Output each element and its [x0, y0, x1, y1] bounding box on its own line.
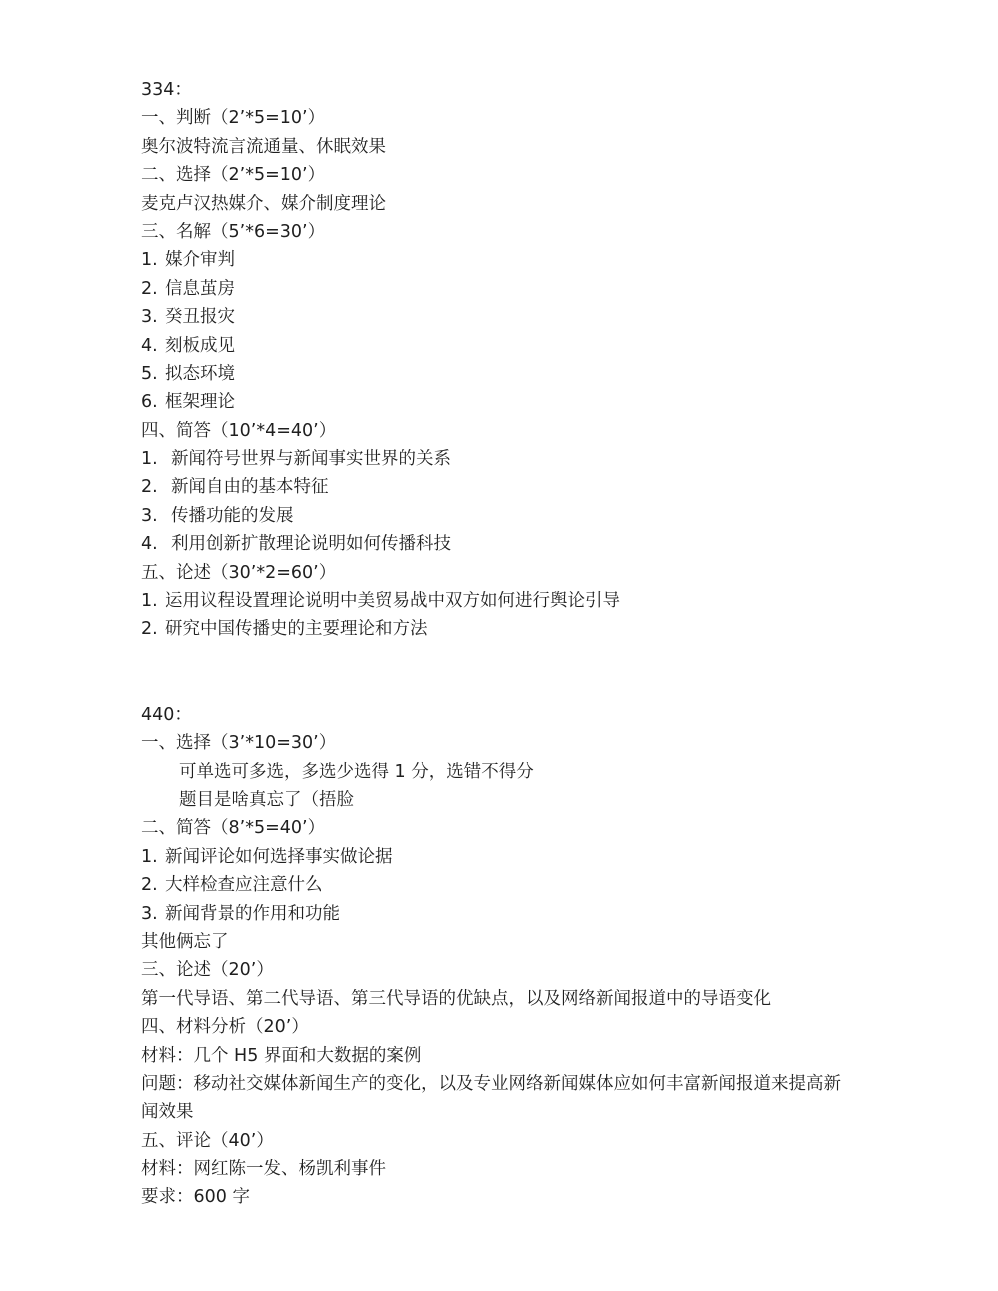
section-note: 可单选可多选，多选少选得 1 分，选错不得分	[141, 758, 921, 786]
material-text: 材料：几个 H5 界面和大数据的案例	[141, 1042, 921, 1070]
exam-document: 334： 一、判断（2’*5=10’） 奥尔波特流言流通量、休眠效果 二、选择（…	[141, 76, 921, 1212]
item-number: 1.	[141, 843, 165, 871]
requirement-text: 要求：600 字	[141, 1183, 921, 1211]
list-item: 1.运用议程设置理论说明中美贸易战中双方如何进行舆论引导	[141, 587, 921, 615]
list-item: 5.拟态环境	[141, 360, 921, 388]
item-text: 拟态环境	[165, 364, 235, 384]
item-text: 新闻背景的作用和功能	[165, 904, 340, 924]
item-number: 3.	[141, 303, 165, 331]
item-text: 新闻自由的基本特征	[171, 477, 329, 497]
list-item: 1.新闻符号世界与新闻事实世界的关系	[141, 445, 921, 473]
list-item: 4.刻板成见	[141, 332, 921, 360]
item-text: 传播功能的发展	[171, 506, 294, 526]
item-number: 5.	[141, 360, 165, 388]
section-content: 第一代导语、第二代导语、第三代导语的优缺点，以及网络新闻报道中的导语变化	[141, 985, 921, 1013]
item-number: 3.	[141, 900, 165, 928]
item-number: 2.	[141, 473, 171, 501]
item-text: 运用议程设置理论说明中美贸易战中双方如何进行舆论引导	[165, 591, 620, 611]
section-footer: 其他俩忘了	[141, 928, 921, 956]
item-text: 利用创新扩散理论说明如何传播科技	[171, 534, 451, 554]
material-text: 材料：网红陈一发、杨凯利事件	[141, 1155, 921, 1183]
section-heading: 三、名解（5’*6=30’）	[141, 218, 921, 246]
item-text: 新闻评论如何选择事实做论据	[165, 847, 393, 867]
section-spacer	[141, 644, 921, 701]
section-heading: 一、判断（2’*5=10’）	[141, 104, 921, 132]
list-item: 1.新闻评论如何选择事实做论据	[141, 843, 921, 871]
section-heading: 五、评论（40’）	[141, 1127, 921, 1155]
item-number: 2.	[141, 275, 165, 303]
list-item: 2.信息茧房	[141, 275, 921, 303]
item-number: 1.	[141, 445, 171, 473]
section-heading: 二、简答（8’*5=40’）	[141, 814, 921, 842]
section-heading: 四、简答（10’*4=40’）	[141, 417, 921, 445]
list-item: 3.新闻背景的作用和功能	[141, 900, 921, 928]
item-number: 6.	[141, 388, 165, 416]
item-number: 2.	[141, 615, 165, 643]
list-item: 1.媒介审判	[141, 246, 921, 274]
item-text: 信息茧房	[165, 279, 235, 299]
exam-code-334: 334：	[141, 76, 921, 104]
item-text: 新闻符号世界与新闻事实世界的关系	[171, 449, 451, 469]
section-heading: 一、选择（3’*10=30’）	[141, 729, 921, 757]
list-item: 2.研究中国传播史的主要理论和方法	[141, 615, 921, 643]
list-item: 2.新闻自由的基本特征	[141, 473, 921, 501]
question-text: 问题：移动社交媒体新闻生产的变化，以及专业网络新闻媒体应如何丰富新闻报道来提高新	[141, 1070, 921, 1098]
item-number: 4.	[141, 530, 171, 558]
section-content: 麦克卢汉热媒介、媒介制度理论	[141, 190, 921, 218]
section-note: 题目是啥真忘了（捂脸	[141, 786, 921, 814]
item-text: 框架理论	[165, 392, 235, 412]
item-text: 大样检查应注意什么	[165, 875, 323, 895]
item-text: 媒介审判	[165, 250, 235, 270]
section-heading: 二、选择（2’*5=10’）	[141, 161, 921, 189]
item-text: 研究中国传播史的主要理论和方法	[165, 619, 428, 639]
item-number: 2.	[141, 871, 165, 899]
list-item: 3.传播功能的发展	[141, 502, 921, 530]
question-text-continued: 闻效果	[141, 1098, 921, 1126]
section-heading: 四、材料分析（20’）	[141, 1013, 921, 1041]
section-content: 奥尔波特流言流通量、休眠效果	[141, 133, 921, 161]
list-item: 2.大样检查应注意什么	[141, 871, 921, 899]
section-heading: 三、论述（20’）	[141, 956, 921, 984]
item-number: 3.	[141, 502, 171, 530]
item-number: 4.	[141, 332, 165, 360]
section-heading: 五、论述（30’*2=60’）	[141, 559, 921, 587]
item-text: 癸丑报灾	[165, 307, 235, 327]
list-item: 6.框架理论	[141, 388, 921, 416]
exam-code-440: 440：	[141, 701, 921, 729]
item-number: 1.	[141, 246, 165, 274]
item-text: 刻板成见	[165, 336, 235, 356]
list-item: 3.癸丑报灾	[141, 303, 921, 331]
item-number: 1.	[141, 587, 165, 615]
list-item: 4.利用创新扩散理论说明如何传播科技	[141, 530, 921, 558]
